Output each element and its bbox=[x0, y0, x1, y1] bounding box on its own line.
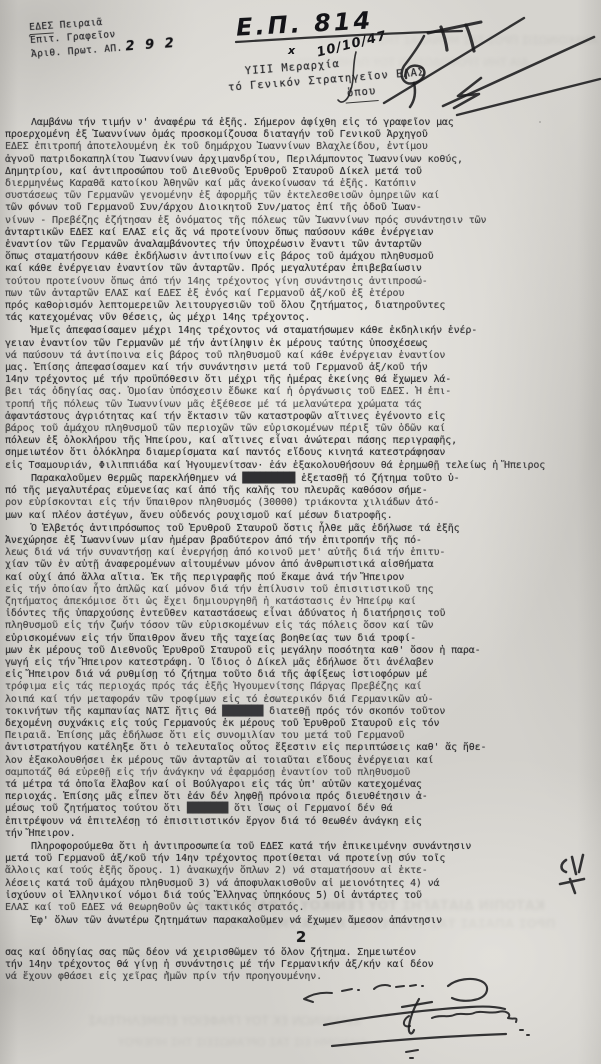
body-line: προερχομένη ἐξ Ἰωαννίνων ὁμάς προσκομίζο… bbox=[5, 129, 597, 141]
ghost-text: ΙΩΑΝΝΙΝΩΝ ΕΚ ΤΟΥ ΓΡΑΦΕΙΟΥ ΕΠΙΜΕΛΗΤΕΙΑΣ bbox=[88, 1014, 361, 1028]
paragraph: Ἐφ' ὅλων τῶν ἀνωτέρω ζητημάτων παρακαλοῦ… bbox=[5, 915, 597, 927]
body-line: μας. Ἐπίσης ἀπεφασίσαμεν καί τήν συνάντη… bbox=[5, 362, 597, 374]
body-line: λέσεις κατά τοῦ ἀμάχου πληθυσμοῦ 3) νά ἀ… bbox=[5, 878, 597, 890]
body-line: καί κάθε ἐνέργειαν ἐναντίον τῶν ἀνταρτῶν… bbox=[5, 263, 597, 275]
body-line: ζητήματος ἀπεκόμισε ὅτι ὡς ἔχει δημιουργ… bbox=[5, 596, 597, 608]
body-line: ὅπως σταματήσουν κάθε ἐκδήλωσιν ἀντιποίν… bbox=[5, 251, 597, 263]
body-line: λεως διά νά τήν συναντήσῃ καί ἐνεργήσῃ ἀ… bbox=[5, 547, 597, 559]
body-line: πληθυσμοῦ εἰς τήν ζωήν τόσον τῶν εὑρισκο… bbox=[5, 620, 597, 632]
body-line: μέσως τοῦ ζητήματος τούτου ὅτι ███████ ὅ… bbox=[5, 803, 597, 815]
body-line: χίαν τῶν ἐν αὐτῇ ἀναφερομένων αἰτουμένων… bbox=[5, 559, 597, 571]
body-line: ἄλλοις καί τούς ἑξῆς ὅρους. 1) ἀνακωχήν … bbox=[5, 865, 597, 877]
body-line: συστάσεως τῶν Γερμανῶν γενομένην ἐξ ἀφορ… bbox=[5, 190, 597, 202]
body-line: τροπή τῆς πόλεως τῶν Ἰωαννίνων μᾶς ἐξέθε… bbox=[5, 399, 597, 411]
body-line: ἐπιτρέψουν νά ἐπιτελέσῃ τό ἐπισιτιστικόν… bbox=[5, 816, 597, 828]
body-line: ΕΔΕΣ ἐπιτροπή ἀποτελουμένη ἐκ τοῦ δημάρχ… bbox=[5, 141, 597, 153]
body-line: πό τῆς μεγαλυτέρας εὐμενείας καί ἀπό τῆς… bbox=[5, 485, 597, 497]
page2-body: σας καί ὁδηγίας σας πῶς δέον νά χειρισθῶ… bbox=[5, 947, 597, 984]
body-line: πων τῶν ἀνταρτῶν ΕΛΑΣ καί ΕΔΕΣ ἐξ ἑνός κ… bbox=[5, 288, 597, 300]
addressee-block: ΥΙΙΙ Μεραρχία τό Γενικόν Στρατηγεῖον ΕΛΑ… bbox=[226, 50, 427, 112]
body-line: εἰς τήν ὁποίαν ἦτο ἁπλῶς καί μόνον διά τ… bbox=[5, 584, 597, 596]
body-line: σας καί ὁδηγίας σας πῶς δέον νά χειρισθῶ… bbox=[5, 947, 597, 959]
body-line: Παρακαλοῦμεν θερμῶς παρεκλήθημεν νά ████… bbox=[5, 473, 597, 485]
body-line: τῶν φόνων τοῦ Γερμανοῦ Συν/άρχου Διοικητ… bbox=[5, 202, 597, 214]
body-line: Δημητρίου, καί ἀντιπροσώπου τοῦ Διεθνοῦς… bbox=[5, 166, 597, 178]
body-line: τοκινήτων τῆς καμπανίας ΝΑΤΣ ἥτις θά ███… bbox=[5, 706, 597, 718]
body-line: ἀγνοῦ πατριδοκαπηλίτου Ἰωαννίνων ἀρχιμαν… bbox=[5, 154, 597, 166]
body-line: γειαν ἐναντίον τῶν Γερμανῶν μέ τήν ἀντίλ… bbox=[5, 338, 597, 350]
body-line: σαμποτάζ θά εὑρεθῇ εἰς τήν ἀνάγκην νά ἐφ… bbox=[5, 767, 597, 779]
paragraph: Παρακαλοῦμεν θερμῶς παρεκλήθημεν νά ████… bbox=[5, 473, 597, 522]
page1-body: Λαμβάνω τήν τιμήν ν' ἀναφέρω τά ἑξῆς. Σή… bbox=[5, 117, 597, 927]
body-line: ρον εὑρίσκονται εἰς τήν ὕπαιθρον πληθυσμ… bbox=[5, 497, 597, 509]
check-mark: x bbox=[288, 44, 295, 57]
body-line: λοιπά καί τήν μεταφοράν τῶν τροφίμων εἰς… bbox=[5, 694, 597, 706]
body-line: διερμηνέως Καραθᾶ κατοίκου Ἀθηνῶν καί μᾶ… bbox=[5, 178, 597, 190]
letterhead: ΕΔΕΣ Πειραιᾶ Ἐπιτ. Γραφεῖον Ἀριθ. Πρωτ. … bbox=[29, 11, 177, 61]
body-line: τούτου προτείνουν ὅπως ἀπό τήν 14ης τρέχ… bbox=[5, 276, 597, 288]
body-line: Ἀνεχώρησε ἐξ Ἰωαννίνων μίαν ἡμέραν βραδύ… bbox=[5, 535, 597, 547]
body-line: τήν 14ην τρέχοντος θά γίνῃ ἡ συνάντησις … bbox=[5, 959, 597, 971]
body-line: Ἐφ' ὅλων τῶν ἀνωτέρω ζητημάτων παρακαλοῦ… bbox=[5, 915, 597, 927]
signature-secondary bbox=[324, 999, 529, 1058]
body-line: νίνων - Πρεβέζης ἐζήτησαν ἐξ ὀνόματος τῆ… bbox=[5, 215, 597, 227]
body-line: ἰσχύουν οἱ Ἑλληνικοί νόμοι διά τούς Ἕλλη… bbox=[5, 890, 597, 902]
paragraph: Ὁ Ἑλβετός ἀντιπρόσωπος τοῦ Ἐρυθροῦ Σταυρ… bbox=[5, 523, 597, 840]
page-number: 2 bbox=[5, 931, 597, 943]
scanned-document-page: ΑΝΑΚΟΙΝΩΣΙΣ ΠΡΟΣ ΤΑΣ ΜΟΝΑΔΑΣ ΤΗΣ ΠΕΡΙΟΧΗ… bbox=[0, 0, 601, 1064]
body-line: βάρος τοῦ ἀμάχου πληθυσμοῦ τῶν περιοχῶν … bbox=[5, 423, 597, 435]
body-line: ἐναντίον τῶν Γερμανῶν ἀναλαμβάνοντες τήν… bbox=[5, 239, 597, 251]
body-line: Πειραιᾶ. Ἐπίσης μᾶς ἐδήλωσε ὅτι εἰς συνο… bbox=[5, 730, 597, 742]
paragraph: Ἡμεῖς ἀπεφασίσαμεν μέχρι 14ης τρέχοντος … bbox=[5, 325, 597, 471]
body-line: νά παύσουν τά ἀντίποινα εἰς βάρος τοῦ πλ… bbox=[5, 350, 597, 362]
body-line: Ὁ Ἑλβετός ἀντιπρόσωπος τοῦ Ἐρυθροῦ Σταυρ… bbox=[5, 523, 597, 535]
body-line: ἰδόντες τῆς ὑπαρχούσης ἐντεῦθεν καταστάσ… bbox=[5, 608, 597, 620]
body-line: καί οὐχί ἀπό ἄλλα αἴτια. Ἐκ τῆς περιγραφ… bbox=[5, 572, 597, 584]
body-line: Πληροφορούμεθα ὅτι ἡ ἀντιπροσωπεία τοῦ Ε… bbox=[5, 841, 597, 853]
body-line: Λαμβάνω τήν τιμήν ν' ἀναφέρω τά ἑξῆς. Σή… bbox=[5, 117, 597, 129]
ghost-text: ΔΙΑΝΟΜΗ ΕΙΣ ΤΑΣ ΟΡΓΑΝΩΣΕΙΣ ΤΗΣ ΗΠΕΙΡΟΥ bbox=[118, 1036, 367, 1049]
body-line: περιοχάς. Ἐπίσης μᾶς εἶπεν ὅτι ἐάν δέν λ… bbox=[5, 791, 597, 803]
body-line: ἀφαντάστους ἀγριότητας καί τήν ἔκτασιν τ… bbox=[5, 411, 597, 423]
body-line: μων ἐκ μέρους τοῦ Διεθνοῦς Ἐρυθροῦ Σταυρ… bbox=[5, 645, 597, 657]
document-body: Λαμβάνω τήν τιμήν ν' ἀναφέρω τά ἑξῆς. Σή… bbox=[5, 117, 597, 984]
body-line: 14ην τρέχοντος μέ τήν προϋπόθεσιν ὅτι μέ… bbox=[5, 374, 597, 386]
paragraph: σας καί ὁδηγίας σας πῶς δέον νά χειρισθῶ… bbox=[5, 947, 597, 984]
body-line: εὑρισκομένων εἰς τήν ὕπαιθρον ἄνευ τῆς τ… bbox=[5, 633, 597, 645]
body-line: μετά τοῦ Γερμανοῦ ἀξ/κοῦ τήν 14ην τρέχον… bbox=[5, 853, 597, 865]
body-line: Ἡμεῖς ἀπεφασίσαμεν μέχρι 14ης τρέχοντος … bbox=[5, 325, 597, 337]
body-line: δεχομένη συχνάκις εἰς τούς Γερμανούς ἐκ … bbox=[5, 718, 597, 730]
body-line: ἀντιστρατήγου κατέληξε ὅτι ὁ τελευταῖος … bbox=[5, 742, 597, 754]
body-line: ΕΛΑΣ καί τοῦ ΕΔΕΣ νά θεωρηθοῦν ὡς τακτικ… bbox=[5, 902, 597, 914]
body-line: μων καί πλέον ἀστέγων, ἄνευ οὐδενός ρουχ… bbox=[5, 510, 597, 522]
body-line: εἰς Τσαμουριάν, Φιλιππιάδα καί Ἡγουμενίτ… bbox=[5, 460, 597, 472]
body-line: εἰς Ἤπειρον διά νά ρυθμίσῃ τό ζήτημα τοῦ… bbox=[5, 669, 597, 681]
body-line: τρόφιμα εἰς τάς περιοχάς πρός τάς ἑξῆς Ἡ… bbox=[5, 681, 597, 693]
paragraph: Πληροφορούμεθα ὅτι ἡ ἀντιπροσωπεία τοῦ Ε… bbox=[5, 841, 597, 914]
paragraph: Λαμβάνω τήν τιμήν ν' ἀναφέρω τά ἑξῆς. Σή… bbox=[5, 117, 597, 324]
body-line: πρός καθορισμόν λεπτομερειῶν λειτουργεσι… bbox=[5, 300, 597, 312]
body-line: σημειωτέον ὅτι ὁλόκληρα διαμερίσματα καί… bbox=[5, 447, 597, 459]
body-line: τήν Ἤπειρον. bbox=[5, 828, 597, 840]
body-line: γωγή εἰς τήν Ἤπειρον κατεστράφη. Ὁ ἴδιος… bbox=[5, 657, 597, 669]
body-line: λον ἐξακολουθήσει ἐκ μέρους τῶν ἀνταρτῶν… bbox=[5, 755, 597, 767]
body-line: νά ἔχουν φθάσει εἰς χεῖρας ἡμῶν πρίν τήν… bbox=[5, 971, 597, 983]
body-line: βει τάς ὁδηγίας σας. Ὁμοίαν ὑπόσχεσιν ἔδ… bbox=[5, 386, 597, 398]
body-line: πόλεων ἐξ ὁλοκλήρου τῆς Ἠπείρου, καί αἵτ… bbox=[5, 435, 597, 447]
body-line: τά μέτρα τά ὁποῖα ἔλαβον καί οἱ Βούλγαρο… bbox=[5, 779, 597, 791]
addressee-where: ὅπου bbox=[344, 84, 379, 104]
protocol-number: 2 9 2 bbox=[125, 36, 177, 55]
body-line: τάς κατεχομένας νῦν θέσεις, ὡς μέχρι 14η… bbox=[5, 312, 597, 324]
body-line: ἀνταρτικῶν ΕΔΕΣ καί ΕΛΑΣ εἰς ἅς νά προτε… bbox=[5, 227, 597, 239]
